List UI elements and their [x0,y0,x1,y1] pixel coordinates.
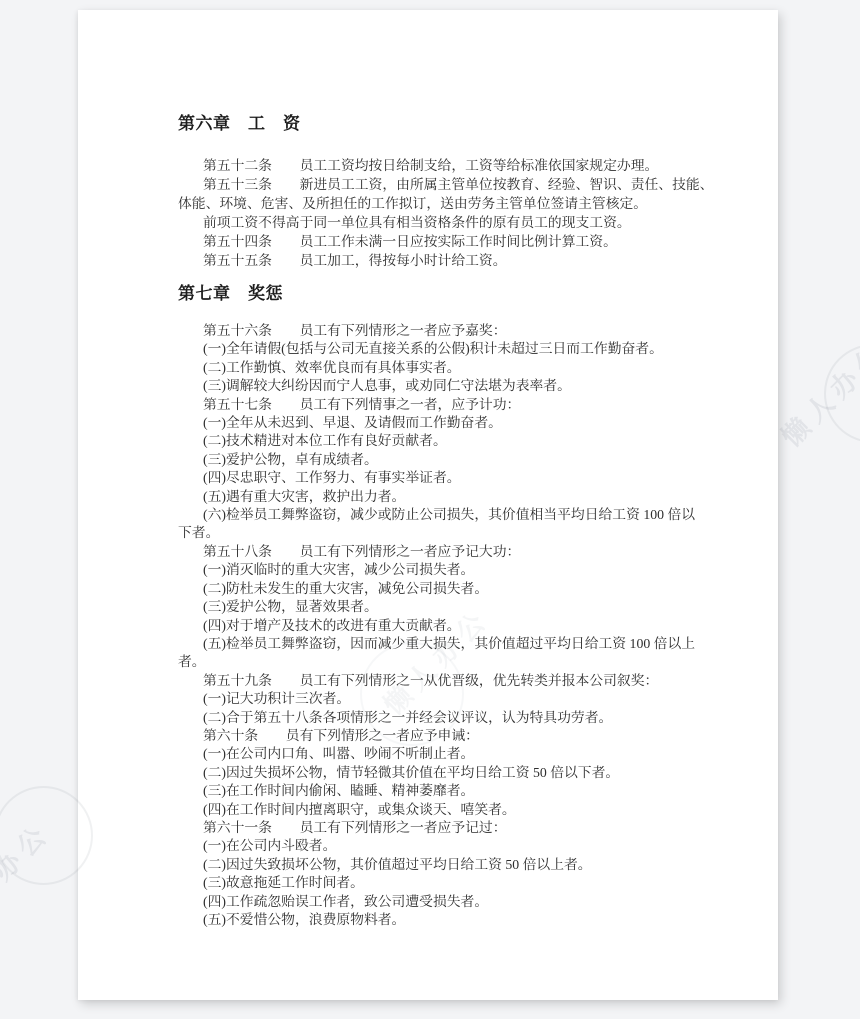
watermark-text-bottom-left: 懒人办公 [0,812,58,936]
text-line: (二)技术精进对本位工作有良好贡献者。 [178,432,718,450]
text-line: 第六十一条 员工有下列情形之一者应予记过： [178,819,718,837]
text-line: (六)检举员工舞弊盗窃，减少或防止公司损失，其价值相当平均日给工资 100 倍以 [178,506,718,524]
text-line: 第五十八条 员工有下列情形之一者应予记大功： [178,543,718,561]
text-line: (一)在公司内斗殴者。 [178,837,718,855]
text-line: 第五十二条 员工工资均按日给制支给，工资等给标准依国家规定办理。 [178,156,718,175]
document-page: 第六章 工 资 第五十二条 员工工资均按日给制支给，工资等给标准依国家规定办理。… [78,10,778,1000]
text-line: 第五十三条 新进员工工资，由所属主管单位按教育、经验、智识、责任、技能、 [178,175,718,194]
screenshot-root: { "colors": { "backdrop": "#f3f4f6", "pa… [0,0,860,1019]
text-line: (四)对于增产及技术的改进有重大贡献者。 [178,617,718,635]
text-line: 前项工资不得高于同一单位具有相当资格条件的原有员工的现支工资。 [178,213,718,232]
text-line: (四)在工作时间内擅离职守，或集众谈天、嘻笑者。 [178,801,718,819]
text-line: (一)消灭临时的重大灾害，减少公司损失者。 [178,561,718,579]
chapter-6-body: 第五十二条 员工工资均按日给制支给，工资等给标准依国家规定办理。第五十三条 新进… [178,156,718,270]
text-line: (四)工作疏忽贻误工作者，致公司遭受损失者。 [178,893,718,911]
chapter-6-title: 第六章 工 资 [178,114,301,134]
text-line: (二)工作勤慎、效率优良而有具体事实者。 [178,359,718,377]
text-line: (三)调解较大纠纷因而宁人息事，或劝同仁守法堪为表率者。 [178,377,718,395]
text-line: 者。 [178,653,718,671]
text-line: (一)全年请假(包括与公司无直接关系的公假)积计未超过三日而工作勤奋者。 [178,340,718,358]
text-line: (一)在公司内口角、叫嚣、吵闹不听制止者。 [178,745,718,763]
text-line: 第六十条 员有下列情形之一者应予申诫： [178,727,718,745]
text-line: (四)尽忠职守、工作努力、有事实举证者。 [178,469,718,487]
text-line: (二)因过失致损坏公物，其价值超过平均日给工资 50 倍以上者。 [178,856,718,874]
text-line: (二)合于第五十八条各项情形之一并经会议评议，认为特具功劳者。 [178,709,718,727]
text-line: 第五十六条 员工有下列情形之一者应予嘉奖： [178,322,718,340]
text-line: (三)爱护公物，显著效果者。 [178,598,718,616]
text-line: (三)爱护公物，卓有成绩者。 [178,451,718,469]
watermark-text-right: 懒人办公 [771,330,860,454]
text-line: (二)防杜未发生的重大灾害，减免公司损失者。 [178,580,718,598]
text-line: (五)检举员工舞弊盗窃，因而减少重大损失，其价值超过平均日给工资 100 倍以上 [178,635,718,653]
watermark-logo-circle-right [824,344,860,443]
text-line: (三)在工作时间内偷闲、瞌睡、精神萎靡者。 [178,782,718,800]
text-line: 第五十七条 员工有下列情事之一者，应予计功： [178,396,718,414]
text-line: 第五十九条 员工有下列情形之一从优晋级，优先转类并报本公司叙奖： [178,672,718,690]
text-line: (三)故意拖延工作时间者。 [178,874,718,892]
text-line: (一)全年从未迟到、早退、及请假而工作勤奋者。 [178,414,718,432]
text-line: 第五十五条 员工加工，得按每小时计给工资。 [178,251,718,270]
text-line: 体能、环境、危害、及所担任的工作拟订，送由劳务主管单位签请主管核定。 [178,194,718,213]
chapter-7-title: 第七章 奖惩 [178,284,283,304]
text-line: 第五十四条 员工工作未满一日应按实际工作时间比例计算工资。 [178,232,718,251]
text-line: 下者。 [178,524,718,542]
text-line: (五)遇有重大灾害，救护出力者。 [178,488,718,506]
chapter-7-body: 第五十六条 员工有下列情形之一者应予嘉奖：(一)全年请假(包括与公司无直接关系的… [178,322,718,929]
text-line: (二)因过失损坏公物，情节轻微其价值在平均日给工资 50 倍以下者。 [178,764,718,782]
text-line: (一)记大功积计三次者。 [178,690,718,708]
text-line: (五)不爱惜公物，浪费原物料者。 [178,911,718,929]
